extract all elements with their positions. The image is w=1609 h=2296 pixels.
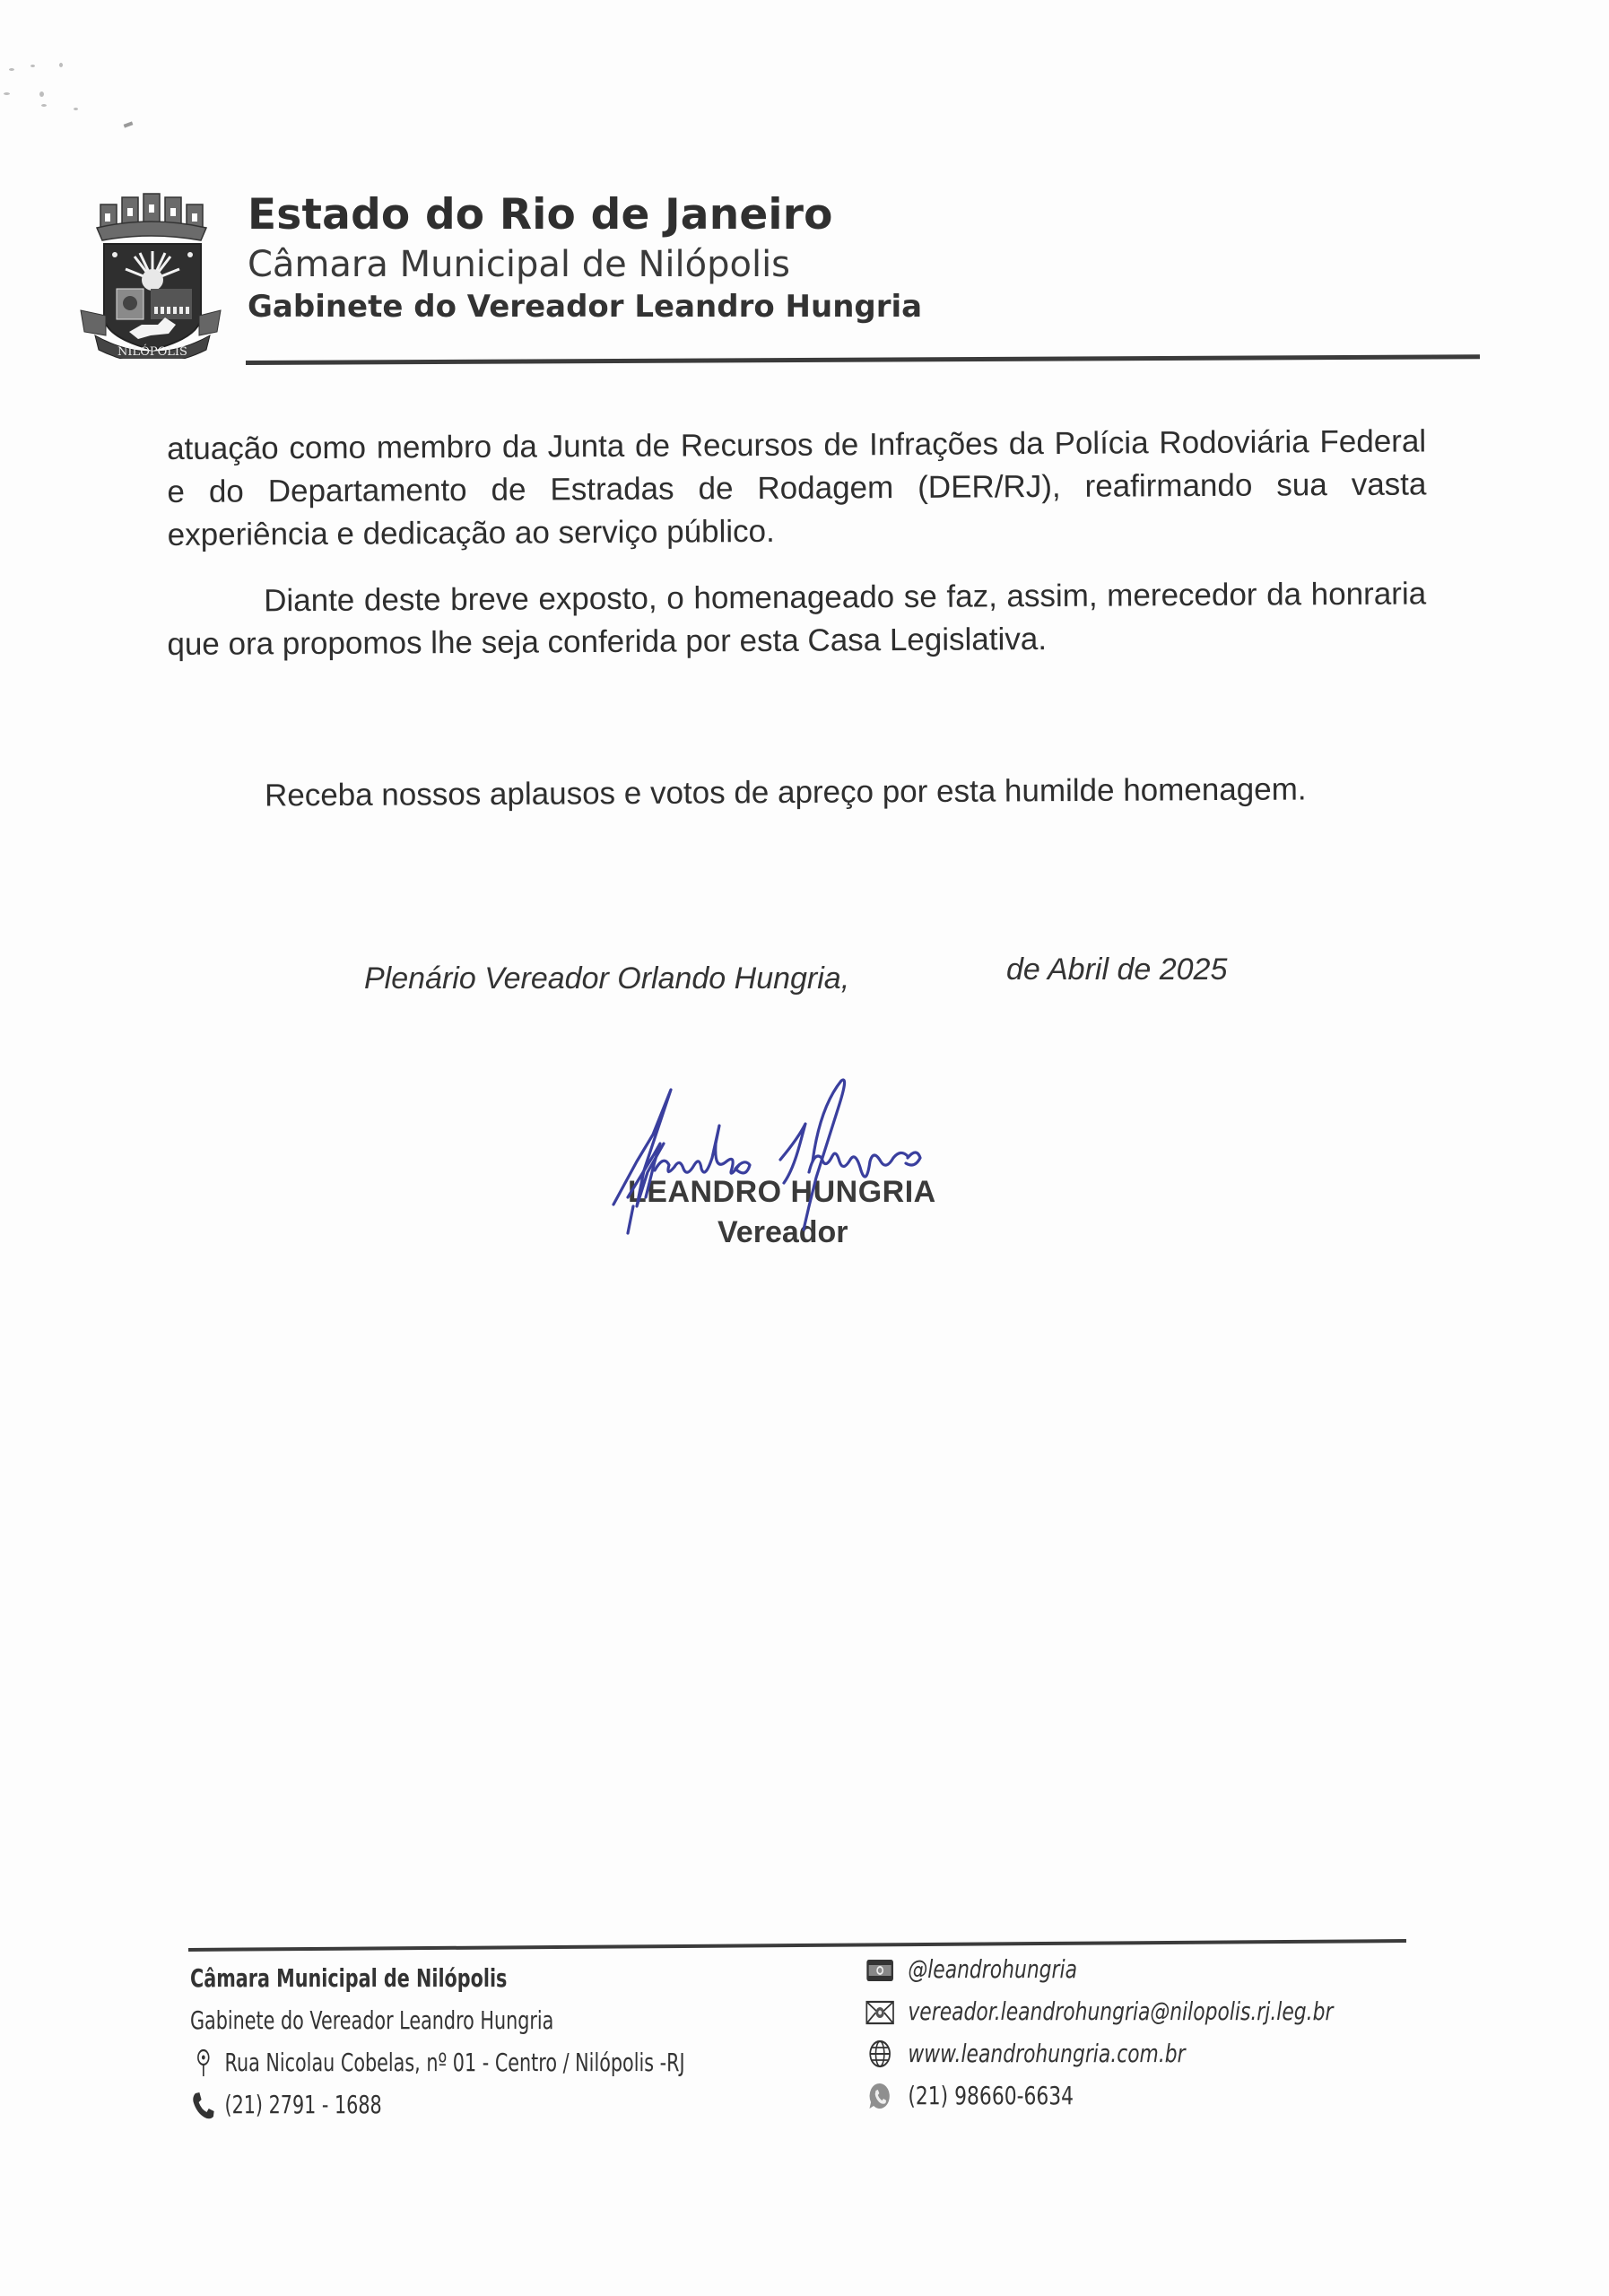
whatsapp-number[interactable]: (21) 98660-6634: [908, 2074, 1074, 2117]
footer-whatsapp[interactable]: (21) 98660-6634: [865, 2074, 1333, 2117]
body-paragraph-1: atuação como membro da Junta de Recursos…: [167, 420, 1427, 557]
document-page: NILÓPOLIS Estado do Rio de Janeiro Câmar…: [0, 0, 1609, 2296]
header-office-name: Gabinete do Vereador Leandro Hungria: [248, 289, 922, 325]
header-chamber-name: Câmara Municipal de Nilópolis: [248, 244, 790, 285]
location-pin-icon: [190, 2048, 217, 2078]
header-divider: [246, 354, 1480, 365]
scan-speck: [30, 65, 35, 67]
paragraph-text: Diante deste breve exposto, o homenagead…: [167, 572, 1427, 666]
footer-website[interactable]: www.leandrohungria.com.br: [865, 2032, 1333, 2074]
handwritten-signature-icon: [601, 1072, 978, 1251]
body-paragraph-2: Diante deste breve exposto, o homenagead…: [167, 572, 1427, 666]
footer-contact-left: Câmara Municipal de Nilópolis Gabinete d…: [190, 1957, 858, 2126]
scan-speck: [41, 104, 47, 107]
dateline-place: Plenário Vereador Orlando Hungria,: [364, 961, 849, 996]
footer-chamber-name: Câmara Municipal de Nilópolis: [190, 1957, 685, 1999]
phone-text: (21) 2791 - 1688: [224, 2083, 381, 2126]
municipal-crest-icon: NILÓPOLIS: [75, 192, 226, 359]
paragraph-text: atuação como membro da Junta de Recursos…: [167, 420, 1427, 557]
footer-office-name: Gabinete do Vereador Leandro Hungria: [190, 1999, 685, 2041]
instagram-handle[interactable]: @leandrohungria: [908, 1948, 1077, 1990]
svg-text:NILÓPOLIS: NILÓPOLIS: [117, 344, 187, 359]
email-address[interactable]: vereador.leandrohungria@nilopolis.rj.leg…: [908, 1990, 1333, 2032]
email-icon: [865, 1996, 895, 2027]
scan-speck: [9, 68, 14, 71]
footer-email[interactable]: vereador.leandrohungria@nilopolis.rj.leg…: [865, 1990, 1333, 2032]
scan-speck: [124, 121, 134, 127]
footer-address: Rua Nicolau Cobelas, nº 01 - Centro / Ni…: [190, 2041, 685, 2083]
instagram-icon: [865, 1954, 895, 1985]
phone-icon: [190, 2090, 217, 2120]
footer-instagram[interactable]: @leandrohungria: [865, 1948, 1333, 1990]
scan-speck: [39, 91, 44, 97]
footer-phone: (21) 2791 - 1688: [190, 2083, 685, 2126]
footer-contact-right: @leandrohungria vereador.leandrohungria@…: [865, 1948, 1465, 2117]
dateline-date: de Abril de 2025: [1006, 952, 1227, 987]
whatsapp-icon: [865, 2081, 895, 2111]
closing-line: Receba nossos aplausos e votos de apreço…: [265, 771, 1307, 813]
address-text: Rua Nicolau Cobelas, nº 01 - Centro / Ni…: [224, 2041, 684, 2083]
globe-icon: [865, 2039, 895, 2069]
scan-speck: [74, 108, 78, 110]
website-url[interactable]: www.leandrohungria.com.br: [908, 2032, 1185, 2074]
scan-speck: [59, 63, 63, 67]
header-state-title: Estado do Rio de Janeiro: [248, 190, 833, 239]
scan-speck: [4, 92, 10, 95]
